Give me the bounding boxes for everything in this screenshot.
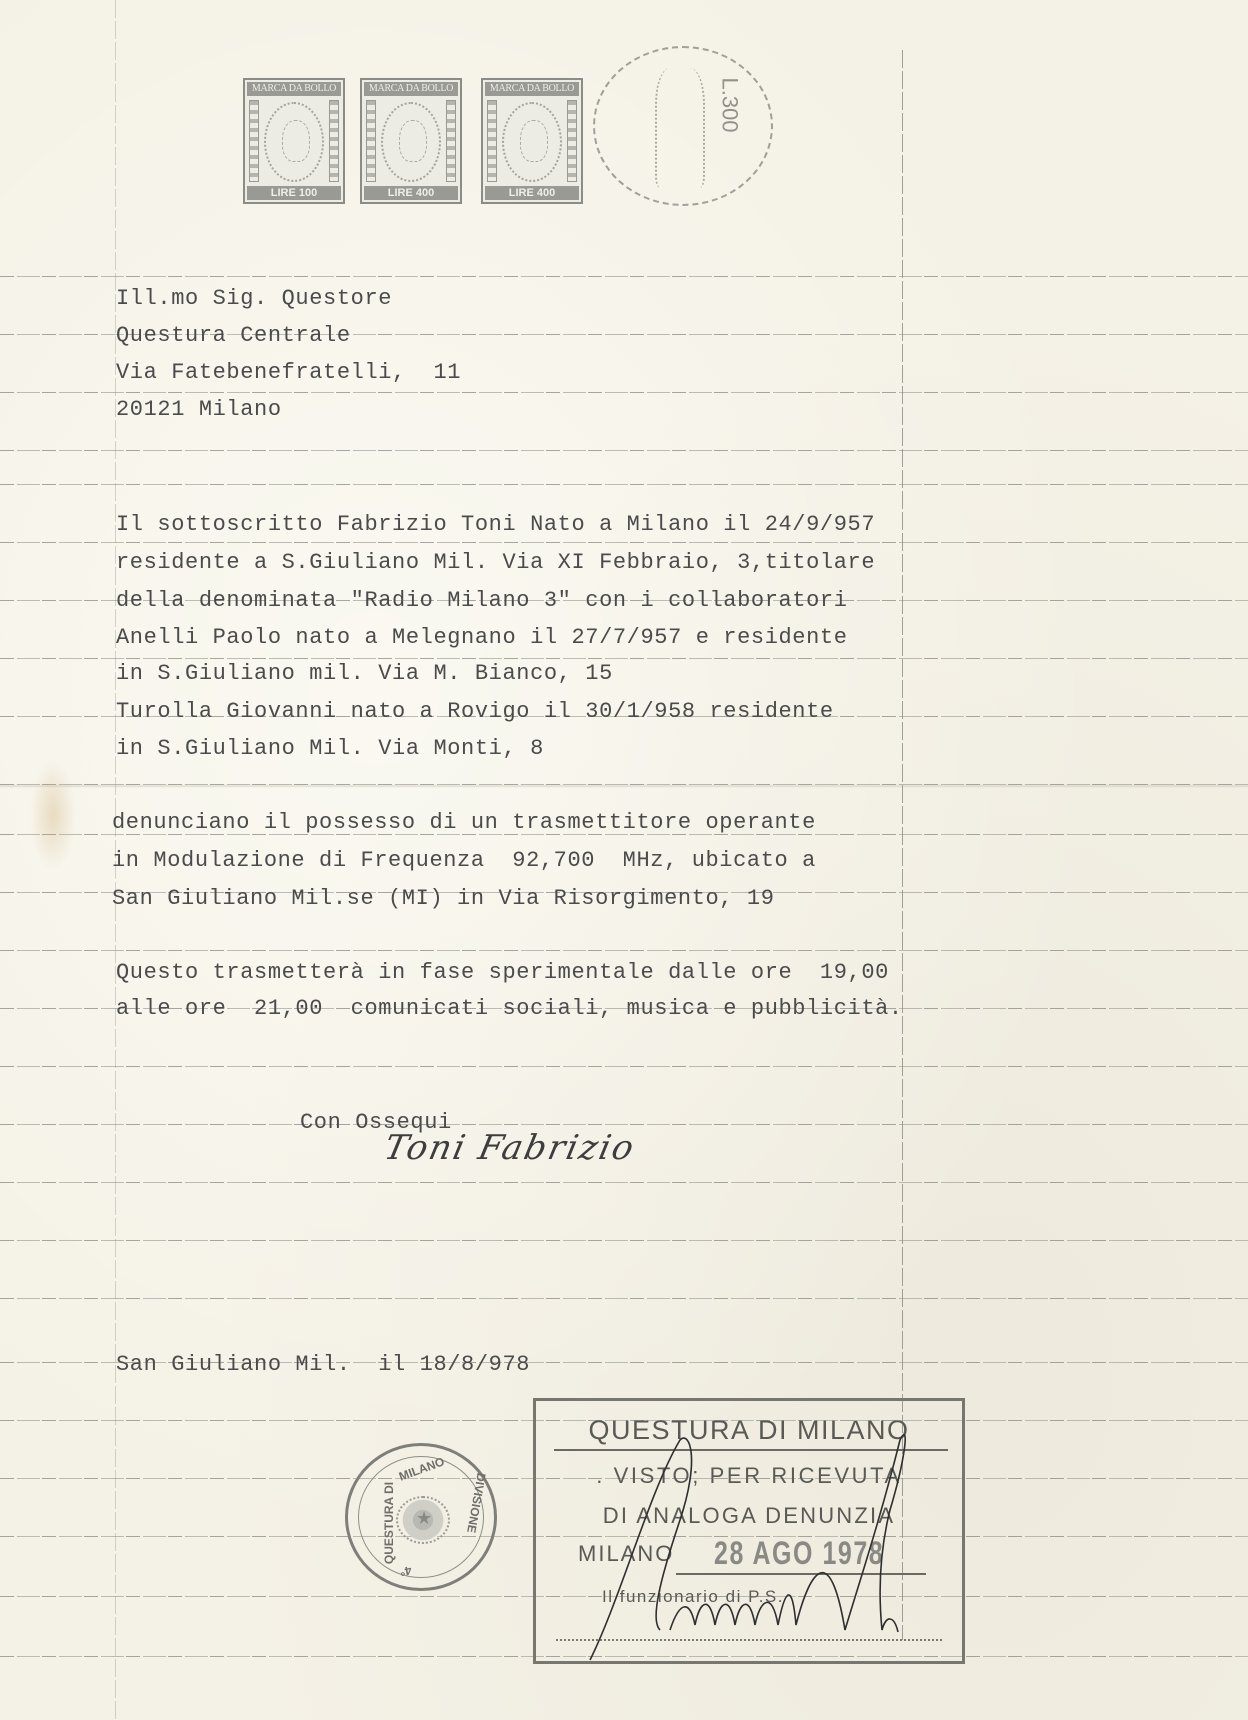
ruled-line [0, 1298, 1248, 1299]
body-line: alle ore 21,00 comunicati sociali, music… [116, 998, 903, 1020]
revenue-stamp: MARCA DA BOLLO LIRE 100 [243, 78, 345, 204]
body-line: in Modulazione di Frequenza 92,700 MHz, … [112, 850, 816, 872]
stamp-border [487, 100, 497, 182]
paper-stain [30, 760, 76, 870]
body-line: San Giuliano Mil.se (MI) in Via Risorgim… [112, 888, 775, 910]
seal-text: QUESTURA DI [382, 1482, 396, 1564]
portrait-icon [381, 102, 441, 182]
star-icon: ★ [416, 1508, 432, 1529]
recipient-line-2: Questura Centrale [116, 325, 351, 347]
body-line: in S.Giuliano Mil. Via Monti, 8 [116, 738, 544, 760]
body-line: denunciano il possesso di un trasmettito… [112, 812, 816, 834]
document-page: MARCA DA BOLLO LIRE 100 MARCA DA BOLLO L… [0, 0, 1248, 1720]
signature: Toni Fabrizio [381, 1128, 639, 1168]
statue-icon [655, 68, 705, 188]
body-line: Anelli Paolo nato a Melegnano il 27/7/95… [116, 627, 848, 649]
ruled-line [0, 276, 1248, 277]
stamp-border [366, 100, 376, 182]
stamp-border [567, 100, 577, 182]
ruled-line [0, 1182, 1248, 1183]
stamp-value: LIRE 400 [485, 186, 579, 200]
ruled-line [0, 450, 1248, 451]
body-line: della denominata "Radio Milano 3" con i … [116, 590, 848, 612]
stamp-header: MARCA DA BOLLO [485, 82, 579, 96]
revenue-stamp: MARCA DA BOLLO LIRE 400 [360, 78, 462, 204]
body-line: Il sottoscritto Fabrizio Toni Nato a Mil… [116, 514, 875, 536]
portrait-icon [502, 102, 562, 182]
ruled-line [0, 542, 1248, 543]
stamp-border [249, 100, 259, 182]
recipient-line-4: 20121 Milano [116, 399, 282, 421]
body-line: Turolla Giovanni nato a Rovigo il 30/1/9… [116, 701, 834, 723]
recipient-line-3: Via Fatebenefratelli, 11 [116, 362, 461, 384]
stamp-header: MARCA DA BOLLO [364, 82, 458, 96]
ruled-line [0, 1240, 1248, 1241]
portrait-icon [264, 102, 324, 182]
police-seal: ★ MILANO DIVISIONE QUESTURA DI 4° [345, 1443, 497, 1591]
ruled-line [0, 658, 1248, 659]
stamp-border [329, 100, 339, 182]
ruled-line [0, 950, 1248, 951]
recipient-line-1: Ill.mo Sig. Questore [116, 288, 392, 310]
place-date: San Giuliano Mil. il 18/8/978 [116, 1354, 530, 1376]
ruled-line [0, 1066, 1248, 1067]
stamp-border [446, 100, 456, 182]
stamp-header: MARCA DA BOLLO [247, 82, 341, 96]
cancellation-stamp: L.300 [593, 46, 773, 206]
stamp-value: LIRE 400 [364, 186, 458, 200]
body-line: residente a S.Giuliano Mil. Via XI Febbr… [116, 552, 875, 574]
ruled-line [0, 392, 1248, 393]
paper-fold [0, 784, 1248, 788]
stamp-value: LIRE 100 [247, 186, 341, 200]
body-line: Questo trasmetterà in fase sperimentale … [116, 962, 889, 984]
seal-text: 4° [399, 1563, 413, 1579]
revenue-stamp: MARCA DA BOLLO LIRE 400 [481, 78, 583, 204]
cancellation-value: L.300 [716, 77, 742, 132]
ruled-line [0, 1124, 1248, 1125]
body-line: in S.Giuliano mil. Via M. Bianco, 15 [116, 663, 613, 685]
official-signature [560, 1400, 960, 1670]
ruled-line [0, 484, 1248, 485]
